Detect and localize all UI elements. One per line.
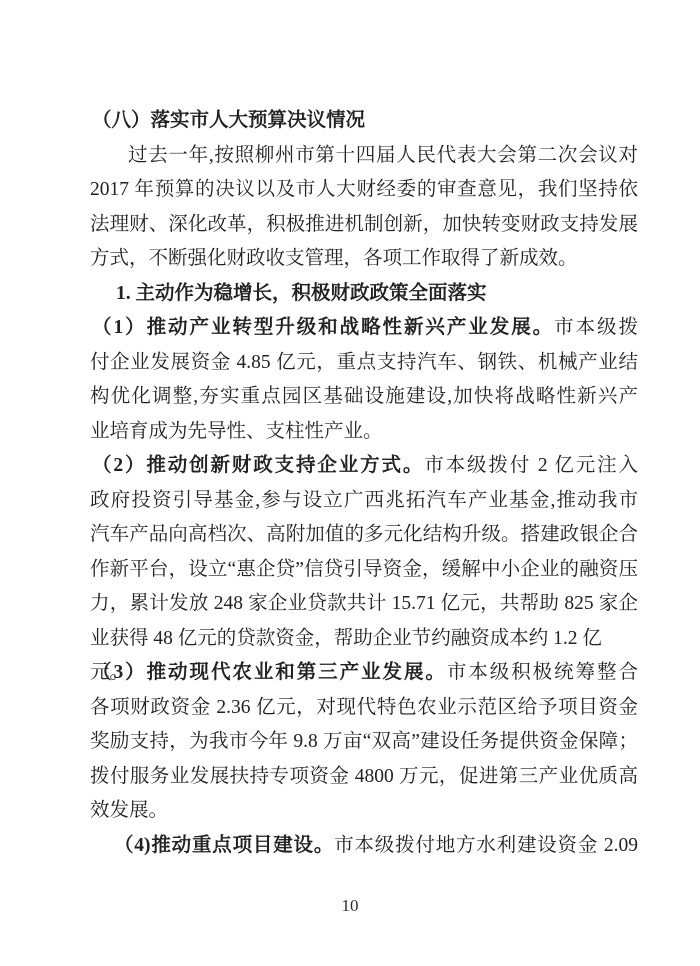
bold-heading-run: （1）推动产业转型升级和战略性新兴产业发展。 [92, 317, 554, 338]
text-run: 市本级拨付地方水利建设资金 2.09 [334, 835, 638, 856]
text-line-heading: （1）推动产业转型升级和战略性新兴产业发展。市本级拨 [90, 311, 638, 346]
text-run: 方式，不断强化财政收支管理，各项工作取得了新成效。 [90, 248, 578, 269]
text-line: 法理财、深化改革，积极推进机制创新，加快转变财政支持发展 [90, 208, 638, 243]
text-run: 法理财、深化改革，积极推进机制创新，加快转变财政支持发展 [90, 214, 638, 235]
text-line: 方式，不断强化财政收支管理，各项工作取得了新成效。 [90, 242, 638, 277]
text-run: 政府投资引导基金,参与设立广西兆拓汽车产业基金,推动我市 [90, 490, 638, 511]
text-line: 过去一年,按照柳州市第十四届人民代表大会第二次会议对 [90, 139, 638, 174]
text-run: 2017 年预算的决议以及市人大财经委的审查意见，我们坚持依 [90, 179, 638, 200]
document-page: （八）落实市人大预算决议情况过去一年,按照柳州市第十四届人民代表大会第二次会议对… [0, 0, 700, 966]
page-number: 10 [0, 896, 700, 916]
text-line: 拨付服务业发展扶持专项资金 4800 万元，促进第三产业优质高 [90, 760, 638, 795]
text-line: 政府投资引导基金,参与设立广西兆拓汽车产业基金,推动我市 [90, 484, 638, 519]
bold-heading-run: （2）推动创新财政支持企业方式。 [92, 455, 424, 476]
text-run: 市本级积极统筹整合 [447, 662, 638, 683]
text-line: 各项财政资金 2.36 亿元，对现代特色农业示范区给予项目资金 [90, 691, 638, 726]
text-run: 付企业发展资金 4.85 亿元，重点支持汽车、钢铁、机械产业结 [90, 352, 638, 373]
text-line: 奖励支持，为我市今年 9.8 万亩“双高”建设任务提供资金保障； [90, 725, 638, 760]
text-line-heading: （2）推动创新财政支持企业方式。市本级拨付 2 亿元注入 [90, 449, 638, 484]
text-run: 过去一年,按照柳州市第十四届人民代表大会第二次会议对 [128, 145, 638, 166]
text-line: 作新平台，设立“惠企贷”信贷引导资金，缓解中小企业的融资压 [90, 553, 638, 588]
text-line-heading: （3）推动现代农业和第三产业发展。市本级积极统筹整合 [90, 656, 638, 691]
text-line: 力，累计发放 248 家企业贷款共计 15.71 亿元，共帮助 825 家企 [90, 587, 638, 622]
text-run: 汽车产品向高档次、高附加值的多元化结构升级。搭建政银企合 [90, 524, 638, 545]
bold-heading-run: （4)推动重点项目建设。 [114, 835, 334, 856]
text-run: 市本级拨 [554, 317, 638, 338]
text-line: 2017 年预算的决议以及市人大财经委的审查意见，我们坚持依 [90, 173, 638, 208]
text-line: 付企业发展资金 4.85 亿元，重点支持汽车、钢铁、机械产业结 [90, 346, 638, 381]
bold-heading-run: （八）落实市人大预算决议情况 [92, 110, 365, 131]
text-line-heading: （4)推动重点项目建设。市本级拨付地方水利建设资金 2.09 [90, 829, 638, 864]
text-line-heading: （八）落实市人大预算决议情况 [90, 104, 638, 139]
text-run: 力，累计发放 248 家企业贷款共计 15.71 亿元，共帮助 825 家企 [90, 593, 638, 614]
text-run: 各项财政资金 2.36 亿元，对现代特色农业示范区给予项目资金 [90, 697, 638, 718]
text-run: 构优化调整,夯实重点园区基础设施建设,加快将战略性新兴产 [90, 386, 638, 407]
bold-heading-run: （3）推动现代农业和第三产业发展。 [92, 662, 447, 683]
text-run: 效发展。 [90, 800, 168, 821]
document-body: （八）落实市人大预算决议情况过去一年,按照柳州市第十四届人民代表大会第二次会议对… [90, 104, 638, 863]
text-line: 构优化调整,夯实重点园区基础设施建设,加快将战略性新兴产 [90, 380, 638, 415]
text-run: 作新平台，设立“惠企贷”信贷引导资金，缓解中小企业的融资压 [90, 559, 638, 580]
text-run: 业培育成为先导性、支柱性产业。 [90, 421, 383, 442]
text-line: 汽车产品向高档次、高附加值的多元化结构升级。搭建政银企合 [90, 518, 638, 553]
text-run: 奖励支持，为我市今年 9.8 万亩“双高”建设任务提供资金保障； [90, 731, 638, 752]
text-line: 业培育成为先导性、支柱性产业。 [90, 415, 638, 450]
bold-heading-run: 1. 主动作为稳增长，积极财政政策全面落实 [116, 283, 487, 304]
text-run: 拨付服务业发展扶持专项资金 4800 万元，促进第三产业优质高 [90, 766, 638, 787]
text-run: 市本级拨付 2 亿元注入 [424, 455, 638, 476]
text-line-heading: 1. 主动作为稳增长，积极财政政策全面落实 [90, 277, 638, 312]
text-line: 效发展。 [90, 794, 638, 829]
text-line: 业获得 48 亿元的贷款资金，帮助企业节约融资成本约 1.2 亿元。 [90, 622, 638, 657]
